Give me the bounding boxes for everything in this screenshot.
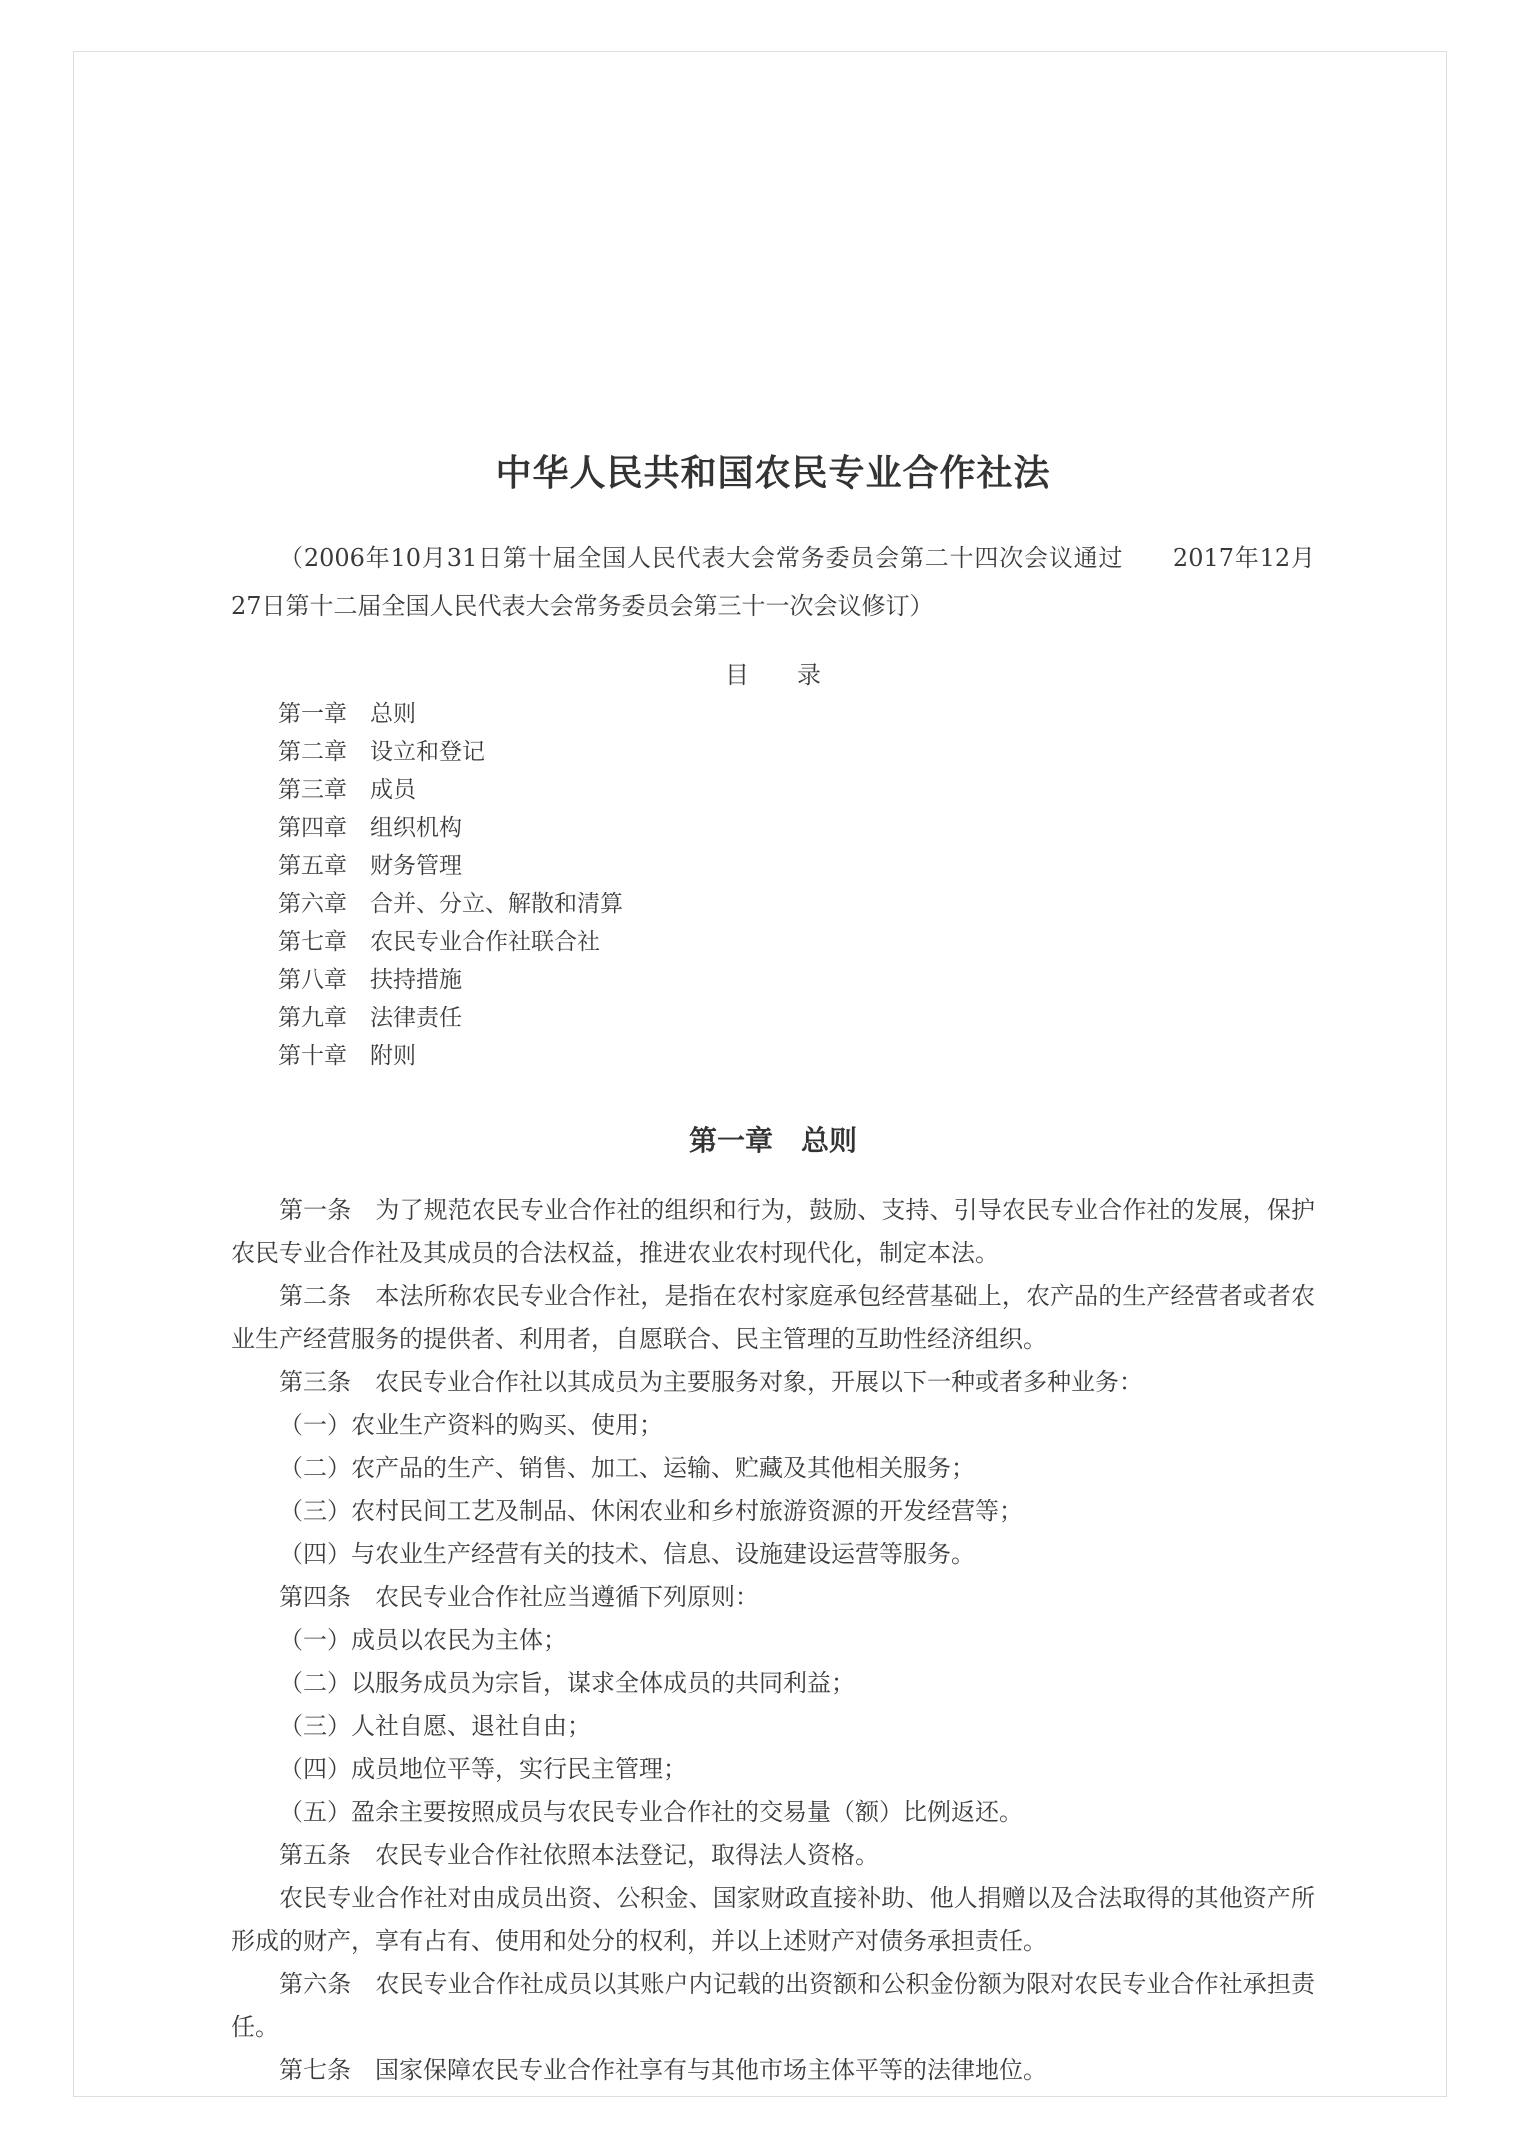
- chapter-1-heading: 第一章 总则: [231, 1121, 1315, 1161]
- document-title: 中华人民共和国农民专业合作社法: [231, 454, 1315, 494]
- toc-item-chapter-5: 第五章 财务管理: [231, 847, 1315, 885]
- toc-item-chapter-4: 第四章 组织机构: [231, 809, 1315, 847]
- document-page: 中华人民共和国农民专业合作社法 （2006年10月31日第十届全国人民代表大会常…: [73, 51, 1447, 2097]
- toc-item-chapter-2: 第二章 设立和登记: [231, 733, 1315, 771]
- article-7: 第七条 国家保障农民专业合作社享有与其他市场主体平等的法律地位。: [231, 2049, 1315, 2092]
- article-4-item-3: （三）人社自愿、退社自由；: [231, 1705, 1315, 1748]
- toc-item-chapter-3: 第三章 成员: [231, 771, 1315, 809]
- article-4-item-5: （五）盈余主要按照成员与农民专业合作社的交易量（额）比例返还。: [231, 1791, 1315, 1834]
- article-3-item-2: （二）农产品的生产、销售、加工、运输、贮藏及其他相关服务；: [231, 1447, 1315, 1490]
- article-3: 第三条 农民专业合作社以其成员为主要服务对象，开展以下一种或者多种业务：: [231, 1361, 1315, 1404]
- article-6: 第六条 农民专业合作社成员以其账户内记载的出资额和公积金份额为限对农民专业合作社…: [231, 1963, 1315, 2049]
- article-3-item-3: （三）农村民间工艺及制品、休闲农业和乡村旅游资源的开发经营等；: [231, 1490, 1315, 1533]
- toc-item-chapter-1: 第一章 总则: [231, 695, 1315, 733]
- article-4-item-4: （四）成员地位平等，实行民主管理；: [231, 1748, 1315, 1791]
- article-5: 第五条 农民专业合作社依照本法登记，取得法人资格。: [231, 1834, 1315, 1877]
- article-7-paragraph-2: 国家保护农民专业合作社及其成员的合法权益，任何单位和个人不得侵犯。: [231, 2092, 1315, 2097]
- article-3-item-1: （一）农业生产资料的购买、使用；: [231, 1404, 1315, 1447]
- article-1: 第一条 为了规范农民专业合作社的组织和行为，鼓励、支持、引导农民专业合作社的发展…: [231, 1189, 1315, 1275]
- toc-item-chapter-8: 第八章 扶持措施: [231, 961, 1315, 999]
- document-preamble: （2006年10月31日第十届全国人民代表大会常务委员会第二十四次会议通过 20…: [231, 534, 1315, 630]
- toc-item-chapter-10: 第十章 附则: [231, 1037, 1315, 1075]
- article-5-paragraph-2: 农民专业合作社对由成员出资、公积金、国家财政直接补助、他人捐赠以及合法取得的其他…: [231, 1877, 1315, 1963]
- article-4-item-2: （二）以服务成员为宗旨，谋求全体成员的共同利益；: [231, 1662, 1315, 1705]
- article-3-item-4: （四）与农业生产经营有关的技术、信息、设施建设运营等服务。: [231, 1533, 1315, 1576]
- article-4-item-1: （一）成员以农民为主体；: [231, 1619, 1315, 1662]
- toc-item-chapter-7: 第七章 农民专业合作社联合社: [231, 923, 1315, 961]
- toc-heading: 目 录: [231, 656, 1315, 695]
- toc-item-chapter-6: 第六章 合并、分立、解散和清算: [231, 885, 1315, 923]
- table-of-contents: 目 录 第一章 总则 第二章 设立和登记 第三章 成员 第四章 组织机构 第五章…: [231, 656, 1315, 1075]
- chapter-1-body: 第一条 为了规范农民专业合作社的组织和行为，鼓励、支持、引导农民专业合作社的发展…: [231, 1189, 1315, 2097]
- article-2: 第二条 本法所称农民专业合作社，是指在农村家庭承包经营基础上，农产品的生产经营者…: [231, 1275, 1315, 1361]
- article-4: 第四条 农民专业合作社应当遵循下列原则：: [231, 1576, 1315, 1619]
- toc-item-chapter-9: 第九章 法律责任: [231, 999, 1315, 1037]
